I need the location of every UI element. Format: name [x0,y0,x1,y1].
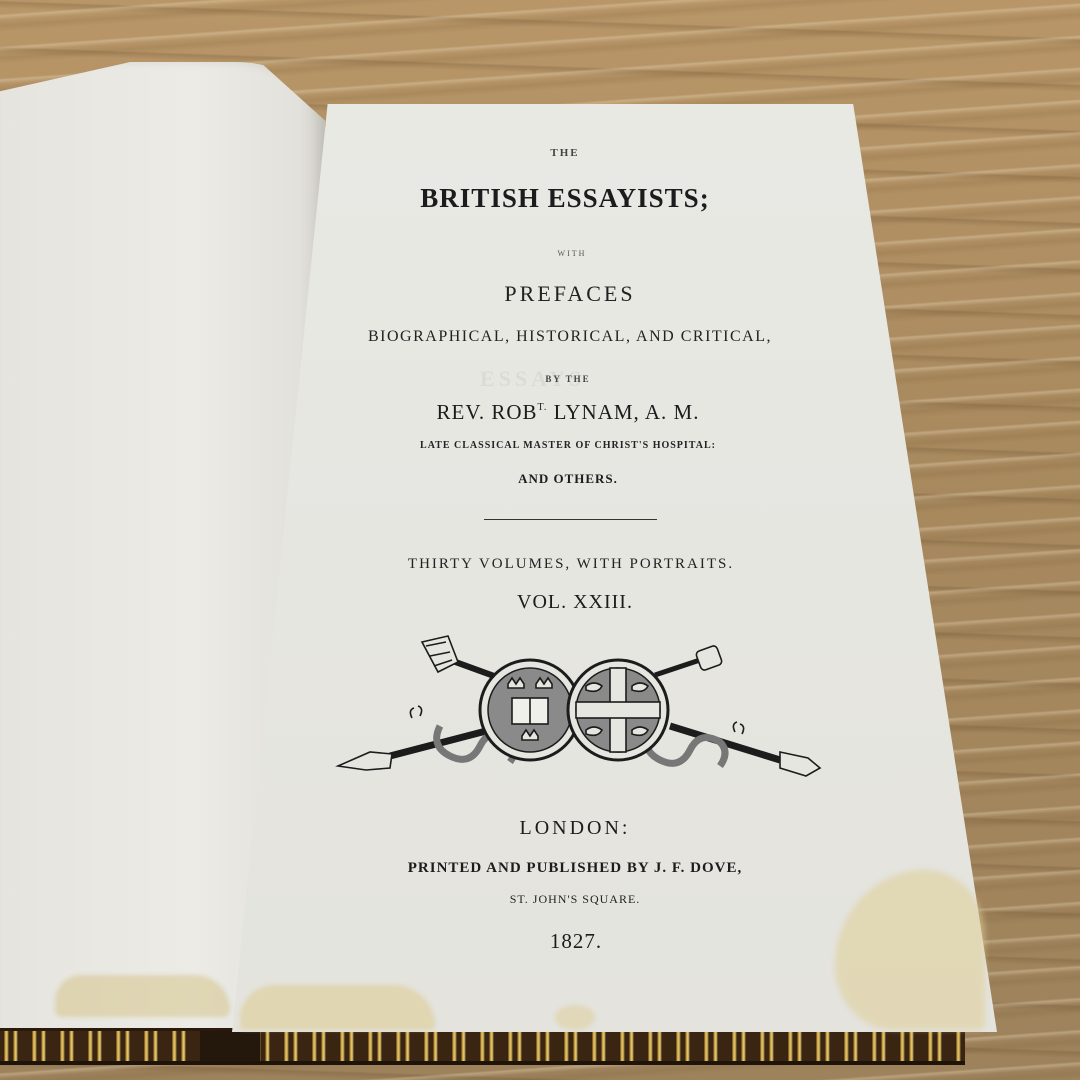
imprint-address: ST. JOHN'S SQUARE. [325,892,825,907]
divider-rule [484,519,657,520]
author-line: REV. ROBT. LYNAM, A. M. [318,400,818,425]
coat-of-arms-emblem-icon [330,630,830,790]
volume-number: VOL. XXIII. [325,591,825,614]
imprint-year: 1827. [326,929,826,954]
author-superscript: T. [538,402,548,413]
title-page-text: THE BRITISH ESSAYISTS; WITH PREFACES BIO… [0,0,1080,1080]
imprint-place: LONDON: [325,817,825,840]
author-note: LATE CLASSICAL MASTER OF CHRIST'S HOSPIT… [318,440,818,451]
imprint-publisher: PRINTED AND PUBLISHED BY J. F. DOVE, [325,860,825,877]
article-the: THE [315,147,815,159]
book-title: BRITISH ESSAYISTS; [315,183,815,214]
prefaces-heading: PREFACES [320,281,820,307]
with-label: WITH [322,249,822,258]
author-suffix: LYNAM, A. M. [547,400,699,424]
volumes-note: THIRTY VOLUMES, WITH PORTRAITS. [321,556,821,573]
by-the-label: BY THE [318,374,818,384]
prefaces-subtitle: BIOGRAPHICAL, HISTORICAL, AND CRITICAL, [320,328,820,346]
and-others: AND OTHERS. [318,471,818,487]
photo-scene: ESSAYS THE BRITISH ESSAYISTS; WITH PREFA… [0,0,1080,1080]
author-prefix: REV. ROB [437,400,538,424]
